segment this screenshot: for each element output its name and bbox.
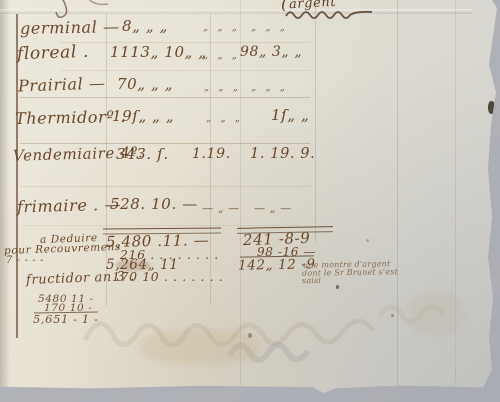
month-label-prairial: Prairial —: [18, 75, 106, 94]
column-rule-3: [315, 0, 316, 242]
stain-speck: [391, 314, 394, 317]
value-livres-vendemiaire: 343. ſ.: [116, 147, 169, 162]
value-livres-germinal: 8„ „ „: [122, 19, 168, 34]
fructidor-value: 170 10 . . . . . . .: [112, 271, 223, 284]
dash-mark: — „ —: [254, 203, 292, 214]
paper-stain: [408, 292, 464, 336]
wax-blob-right-edge: [488, 101, 495, 114]
month-label-thermidor: Thermidorº .: [15, 109, 126, 127]
ledger-page: ( argent germinal — 8„ „ „ „ „ „ „ „ „ f…: [0, 0, 500, 402]
month-label-frimaire: frimaire . —: [17, 197, 121, 216]
ink-speck: [336, 285, 339, 289]
row-rule: [20, 225, 300, 226]
ditto-mark: „ „ „: [251, 23, 288, 33]
ditto-mark: „ „ „: [206, 114, 243, 124]
value-col2-vendemiaire: 1.19.: [192, 147, 231, 161]
ditto-mark: „ „ „: [204, 83, 241, 93]
ditto-mark: „ „ „: [203, 51, 240, 61]
margin-note-line3: saisi: [302, 277, 321, 285]
value-livres-floreal: 1113„ 10„ „: [110, 45, 207, 60]
row-rule: [20, 143, 310, 144]
value-col3-thermidor: 1ſ„ „: [271, 108, 309, 123]
header-underline-squiggle: [284, 8, 376, 20]
value-col3-vendemiaire: 1. 19. 9.: [250, 147, 315, 162]
dash-mark: — „ —: [202, 203, 240, 214]
paper-stain: [140, 330, 260, 364]
row-rule: [60, 70, 310, 71]
value-livres-thermidor: 19ſ„ „ „: [112, 109, 174, 124]
ditto-mark: „ „ „: [203, 23, 240, 33]
stain-speck: [366, 239, 369, 242]
value-livres-frimaire: 528. 10. —: [110, 197, 198, 212]
value-livres-prairial: 70„ „ „: [117, 77, 173, 92]
month-label-germinal: germinal —: [20, 19, 120, 37]
ditto-mark: „ „ „: [251, 83, 288, 93]
deduction-label-line3: 7 - - - -: [6, 256, 44, 266]
paper-left-edge-shadow: [0, 0, 10, 388]
photo-of-manuscript-ledger: ( argent germinal — 8„ „ „ „ „ „ „ „ „ f…: [0, 0, 500, 402]
value-col3-floreal: 98„ 3„ „: [240, 45, 302, 59]
month-label-floreal: floreal .: [17, 44, 89, 64]
row-rule: [20, 186, 310, 187]
row-rule: [20, 97, 310, 98]
